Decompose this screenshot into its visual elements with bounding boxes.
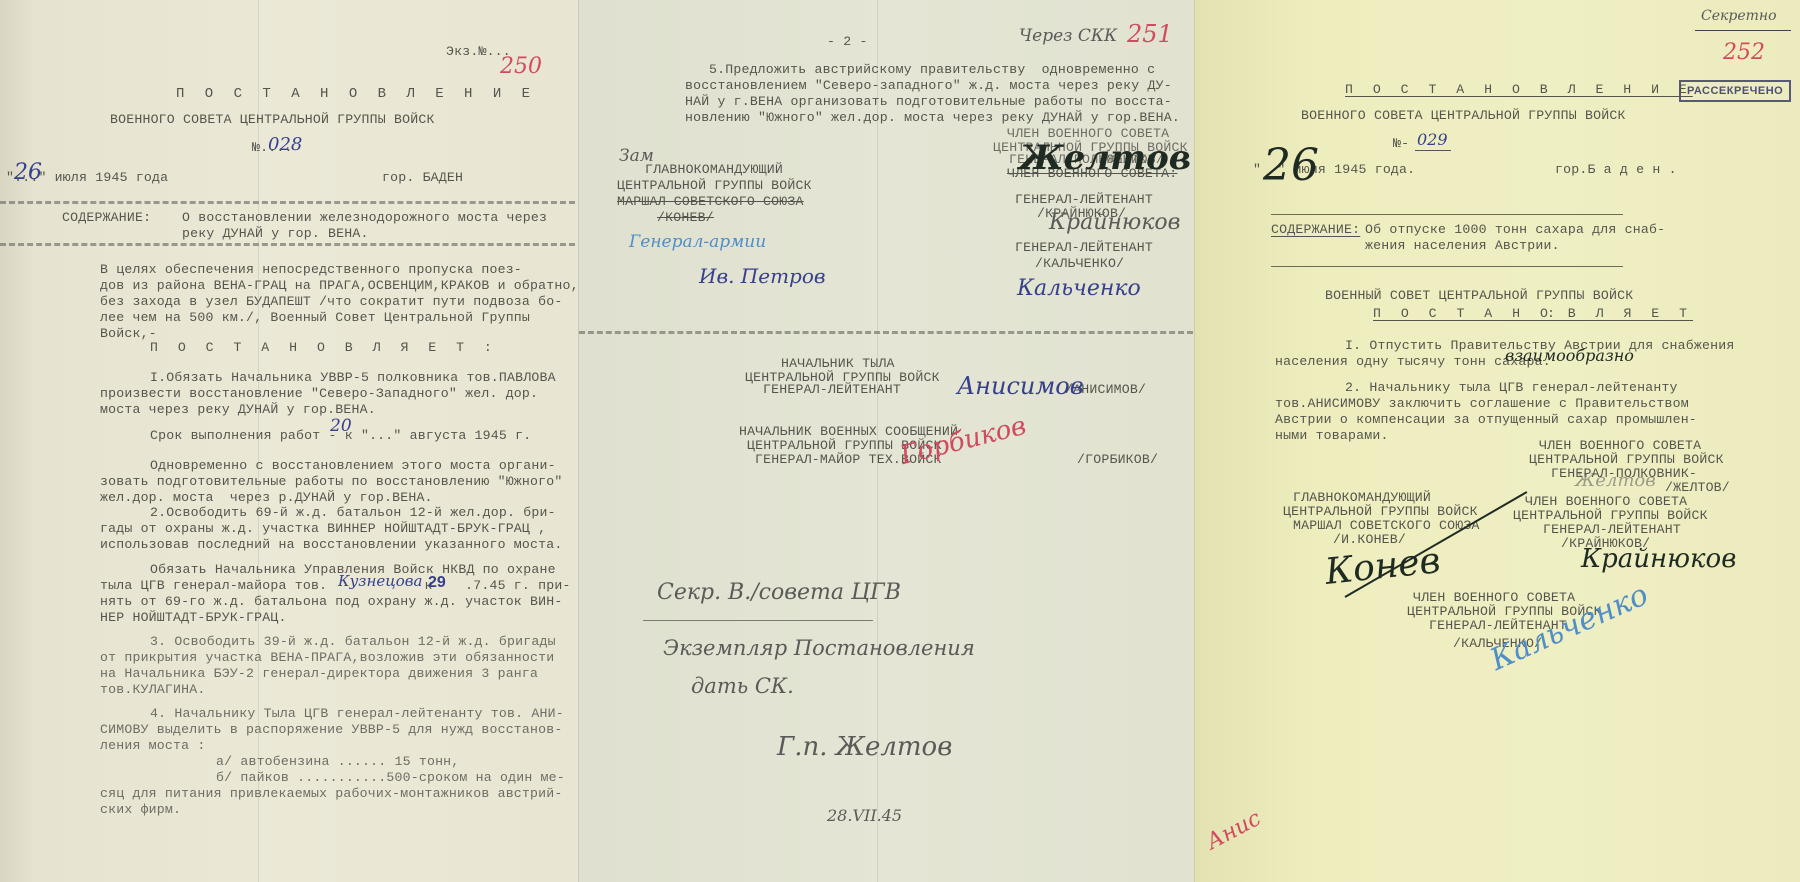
separator <box>579 331 1193 334</box>
document-page-3: Секретно 252 РАССЕКРЕЧЕНО П О С Т А Н О … <box>1194 0 1800 882</box>
signatory-name: /КАЛЬЧЕНКО/ <box>1035 256 1124 272</box>
note-date: 28.VII.45 <box>827 806 902 825</box>
signature: Горбиков <box>897 411 1029 471</box>
item-5-line: восстановлением "Северо-западного" ж.д. … <box>685 78 1172 94</box>
preamble-line: Войск,- <box>100 326 157 342</box>
document-city: гор.Б а д е н . <box>1555 162 1677 178</box>
signature: Г.п. Желтов <box>777 732 952 762</box>
item-3-line: тов.КУЛАГИНА. <box>100 682 205 698</box>
item-3-line: от прикрытия участка ВЕНА-ПРАГА,возложив… <box>100 650 554 666</box>
separator <box>0 243 575 246</box>
item-2b-line: нять от 69-го ж.д. батальона под охрану … <box>100 594 563 610</box>
signature: Конев <box>1323 540 1442 593</box>
handwritten-rank: Генерал-армии <box>629 232 766 252</box>
subject-line-2: жения населения Австрии. <box>1365 238 1560 254</box>
subject-line-1: Об отпуске 1000 тонн сахара для снаб- <box>1365 222 1665 238</box>
preamble-line: лее чем на 500 км./, Военный Совет Центр… <box>100 310 530 326</box>
resolves-heading: П О С Т А Н О В Л Я Е Т <box>1373 306 1693 322</box>
note-underline <box>643 620 873 621</box>
document-number-label: №- <box>1393 136 1409 152</box>
declassified-stamp: РАССЕКРЕЧЕНО <box>1679 80 1791 102</box>
item-5-line: новлению "Южного" жел.дор. моста через р… <box>685 110 1180 126</box>
separator <box>1271 214 1623 215</box>
document-city: гор. БАДЕН <box>382 170 463 186</box>
item-3-line: 3. Освободить 39-й ж.д. батальон 12-й ж.… <box>150 634 556 650</box>
item-2-line: гады от охраны ж.д. участка ВИННЕР НОЙШТ… <box>100 521 546 537</box>
preamble-line: В целях обеспечения непосредственного пр… <box>100 262 522 278</box>
number-underline <box>1415 150 1451 151</box>
item-2-line: Австрии о компенсации за отпущенный саха… <box>1275 412 1697 428</box>
preamble-line: дов из района ВЕНА-ГРАЦ на ПРАГА,ОСВЕНЦИ… <box>100 278 578 294</box>
preamble-line: без захода в узел БУДАПЕШТ /что сократит… <box>100 294 563 310</box>
struck-rank: МАРШАЛ СОВЕТСКОГО СОЮЗА <box>617 194 804 210</box>
secrecy-underline <box>1695 30 1791 31</box>
subject-line-2: реку ДУНАЙ у гор. ВЕНА. <box>182 226 369 242</box>
resolves-colon: : <box>1547 306 1555 322</box>
item-2-line: 2. Начальнику тыла ЦГВ генерал-лейтенант… <box>1345 380 1678 396</box>
signature: Желтов <box>1575 470 1656 491</box>
date-day-handwritten: 26 <box>14 160 42 185</box>
signatory-title-line: ГЕНЕРАЛ-ЛЕЙТЕНАНТ <box>763 382 901 398</box>
item-2-line: ными товарами. <box>1275 428 1389 444</box>
signature: Ив. Петров <box>699 264 826 288</box>
document-page-2: - 2 - Через СКК 251 5.Предложить австрий… <box>578 0 1194 882</box>
item-2-line: тов.АНИСИМОВУ заключить соглашение с Пра… <box>1275 396 1689 412</box>
handwritten-day: 29 <box>428 574 446 592</box>
handwritten-note-line: Секр. В./совета ЦГВ <box>657 580 901 605</box>
document-number-handwritten: 029 <box>1417 130 1448 149</box>
document-title: П О С Т А Н О В Л Е Н И Е <box>1345 82 1693 98</box>
signature: Крайнюков <box>1581 544 1736 574</box>
item-2-line: 2.Освободить 69-й ж.д. батальон 12-й жел… <box>150 505 556 521</box>
subject-label: СОДЕРЖАНИЕ: <box>62 210 151 226</box>
archive-page-number: 252 <box>1723 40 1765 65</box>
item-4-a: а/ автобензина ...... 15 тонн, <box>216 754 459 770</box>
item-2b-line: НЕР НОЙШТАДТ-БРУК-ГРАЦ. <box>100 610 287 626</box>
document-number-handwritten: 028 <box>268 134 302 155</box>
item-1b-line: зовать подготовительные работы по восста… <box>100 474 563 490</box>
item-1b-line: Одновременно с восстановлением этого мос… <box>150 458 556 474</box>
item-4-b: б/ пайков ...........500-сроком на один … <box>216 770 565 786</box>
archive-page-number: 251 <box>1127 20 1173 48</box>
routing-note-handwritten: Через СКК <box>1019 26 1117 46</box>
document-title: П О С Т А Н О В Л Е Н И Е <box>176 86 536 102</box>
signatory-rank: ГЕНЕРАЛ-ЛЕЙТЕНАНТ <box>1015 240 1153 256</box>
item-1b-line: жел.дор. моста через р.ДУНАЙ у гор.ВЕНА. <box>100 490 433 506</box>
separator <box>1271 266 1623 267</box>
subject-line-1: О восстановлении железнодорожного моста … <box>182 210 547 226</box>
signature: Анисимов <box>957 372 1084 400</box>
document-subtitle: ВОЕННОГО СОВЕТА ЦЕНТРАЛЬНОЙ ГРУППЫ ВОЙСК <box>110 112 435 128</box>
signature: Желтов <box>1019 138 1191 178</box>
document-page-1: Экз.№... 250 П О С Т А Н О В Л Е Н И Е В… <box>0 0 578 882</box>
subject-label: СОДЕРЖАНИЕ: <box>1271 222 1360 238</box>
item-3-line: на Начальника БЭУ-2 генерал-директора дв… <box>100 666 538 682</box>
resolves-heading: П О С Т А Н О В Л Я Е Т : <box>150 340 498 356</box>
page-number: - 2 - <box>827 34 868 50</box>
item-1-line: I.Обязать Начальника УВВР-5 полковника т… <box>150 370 556 386</box>
signature: Крайнюков <box>1049 210 1180 235</box>
signature: Кальченко <box>1017 276 1141 301</box>
struck-name: /КОНЕВ/ <box>657 210 714 226</box>
item-2-line: использовав последний на восстановлении … <box>100 537 563 553</box>
date-day-handwritten: 26 <box>1263 140 1319 191</box>
item-5-line: 5.Предложить австрийскому правительству … <box>709 62 1155 78</box>
item-4-line: сяц для питания привлекаемых рабочих-мон… <box>100 786 563 802</box>
item-4-line: 4. Начальнику Тыла ЦГВ генерал-лейтенант… <box>150 706 564 722</box>
item-4-line: ления моста : <box>100 738 205 754</box>
handwritten-name: Кузнецова <box>338 572 422 590</box>
secrecy-mark: Секретно <box>1701 8 1777 24</box>
document-subtitle: ВОЕННОГО СОВЕТА ЦЕНТРАЛЬНОЙ ГРУППЫ ВОЙСК <box>1301 108 1626 124</box>
handwritten-note-line: дать СК. <box>691 674 794 698</box>
signatory-title-line: ЦЕНТРАЛЬНОЙ ГРУППЫ ВОЙСК <box>617 178 812 194</box>
item-4-line: ских фирм. <box>100 802 181 818</box>
margin-signature: Анис <box>1203 806 1266 855</box>
deadline-day-handwritten: 20 <box>330 416 352 436</box>
item-4-line: СИМОВУ выделить в распоряжение УВВР-5 дл… <box>100 722 563 738</box>
separator <box>0 201 575 204</box>
signatory-title-line: ГЛАВНОКОМАНДУЮЩИЙ <box>645 162 783 178</box>
archive-page-number: 250 <box>500 54 542 79</box>
item-5-line: НАЙ у г.ВЕНА организовать подготовительн… <box>685 94 1172 110</box>
handwritten-note: взаимообразно <box>1505 346 1634 365</box>
council-heading: ВОЕННЫЙ СОВЕТ ЦЕНТРАЛЬНОЙ ГРУППЫ ВОЙСК <box>1325 288 1633 304</box>
handwritten-note-line: Экземпляр Постановления <box>663 636 975 660</box>
signatory-name: /ГОРБИКОВ/ <box>1077 452 1158 468</box>
item-1-line: произвести восстановление "Северо-Западн… <box>100 386 538 402</box>
item-2b-line: тыла ЦГВ генерал-майора тов. к .7.45 г. … <box>100 578 571 594</box>
